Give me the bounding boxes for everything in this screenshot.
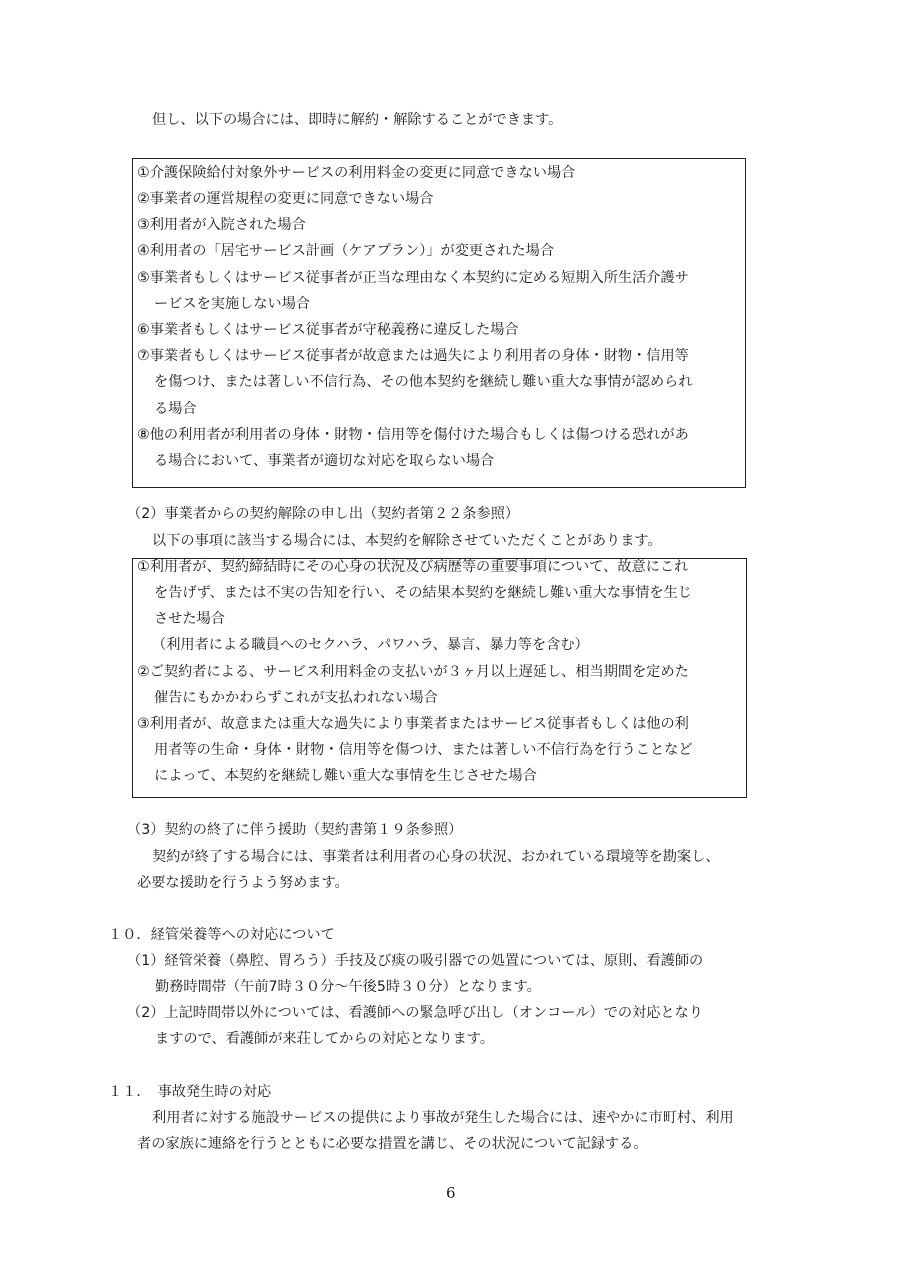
box1-line-7: ⑥事業者もしくはサービス従事者が守秘義務に違反した場合 — [137, 320, 519, 340]
box2-line-4: （利用者による職員へのセクハラ、パワハラ、暴言、暴力等を含む） — [152, 635, 589, 655]
box1-line-6: ービスを実施しない場合 — [154, 294, 310, 314]
box2-line-9: によって、本契約を継続し難い重大な事情を生じさせた場合 — [154, 766, 537, 786]
box2-line-3: させた場合 — [154, 609, 225, 629]
box2-line-2: を告げず、または不実の告知を行い、その結果本契約を継続し難い重大な事情を生じ — [154, 583, 692, 603]
section11-body-1: 利用者に対する施設サービスの提供により事故が発生した場合には、速やかに市町村、利… — [152, 1108, 734, 1128]
box1-line-5: ⑤事業者もしくはサービス従事者が正当な理由なく本契約に定める短期入所生活介護サ — [137, 268, 689, 288]
box1-line-1: ①介護保険給付対象外サービスの利用料金の変更に同意できない場合 — [137, 163, 575, 183]
intro-text: 但し、以下の場合には、即時に解約・解除することができます。 — [152, 110, 562, 130]
section2-intro: 以下の事項に該当する場合には、本契約を解除させていただくことがあります。 — [152, 531, 662, 551]
box1-line-11: ⑧他の利用者が利用者の身体・財物・信用等を傷付けた場合もしくは傷つける恐れがあ — [137, 425, 689, 445]
section3-body-2: 必要な援助を行うよう努めます。 — [137, 873, 349, 893]
section10-heading: １０．経管栄養等への対応について — [108, 925, 335, 945]
box1-line-2: ②事業者の運営規程の変更に同意できない場合 — [137, 189, 433, 209]
section2-heading: （2）事業者からの契約解除の申し出（契約者第２２条参照） — [127, 504, 519, 524]
box1-line-9: を傷つけ、または著しい不信行為、その他本契約を継続し難い重大な事情が認められ — [154, 372, 693, 392]
section10-item1-a: （1）経管栄養（鼻腔、胃ろう）手技及び痰の吸引器での処置については、原則、看護師… — [127, 951, 703, 971]
section10-item1-b: 勤務時間帯（午前7時３０分～午後5時３０分）となります。 — [155, 977, 541, 997]
box1-line-3: ③利用者が入院された場合 — [137, 215, 306, 235]
page-number: 6 — [446, 1183, 456, 1203]
section10-item2-a: （2）上記時間帯以外については、看護師への緊急呼び出し（オンコール）での対応とな… — [127, 1003, 703, 1023]
box2-line-7: ③利用者が、故意または重大な過失により事業者またはサービス従事者もしくは他の利 — [137, 714, 689, 734]
box2-line-1: ①利用者が、契約締結時にその心身の状況及び病歴等の重要事項について、故意にこれ — [137, 557, 688, 577]
box1-line-12: る場合において、事業者が適切な対応を取らない場合 — [154, 451, 494, 471]
section10-item2-b: ますので、看護師が来荘してからの対応となります。 — [155, 1029, 494, 1049]
box2-line-8: 用者等の生命・身体・財物・信用等を傷つけ、または著しい不信行為を行うことなど — [154, 740, 693, 760]
box1-line-10: る場合 — [154, 399, 197, 419]
box2-line-6: 催告にもかかわらずこれが支払われない場合 — [154, 688, 438, 708]
box1-line-4: ④利用者の「居宅サービス計画（ケアプラン）」が変更された場合 — [137, 241, 554, 261]
section11-body-2: 者の家族に連絡を行うとともに必要な措置を講じ、その状況について記録する。 — [137, 1134, 647, 1154]
section3-heading: （3）契約の終了に伴う援助（契約書第１９条参照） — [127, 820, 462, 840]
box2-line-5: ②ご契約者による、サービス利用料金の支払いが３ヶ月以上遅延し、相当期間を定めた — [137, 662, 689, 682]
section3-body-1: 契約が終了する場合には、事業者は利用者の心身の状況、おかれている環境等を勘案し、 — [152, 847, 720, 867]
section11-heading: １１． 事故発生時の対応 — [108, 1082, 271, 1102]
box1-line-8: ⑦事業者もしくはサービス従事者が故意または過失により利用者の身体・財物・信用等 — [137, 346, 689, 366]
